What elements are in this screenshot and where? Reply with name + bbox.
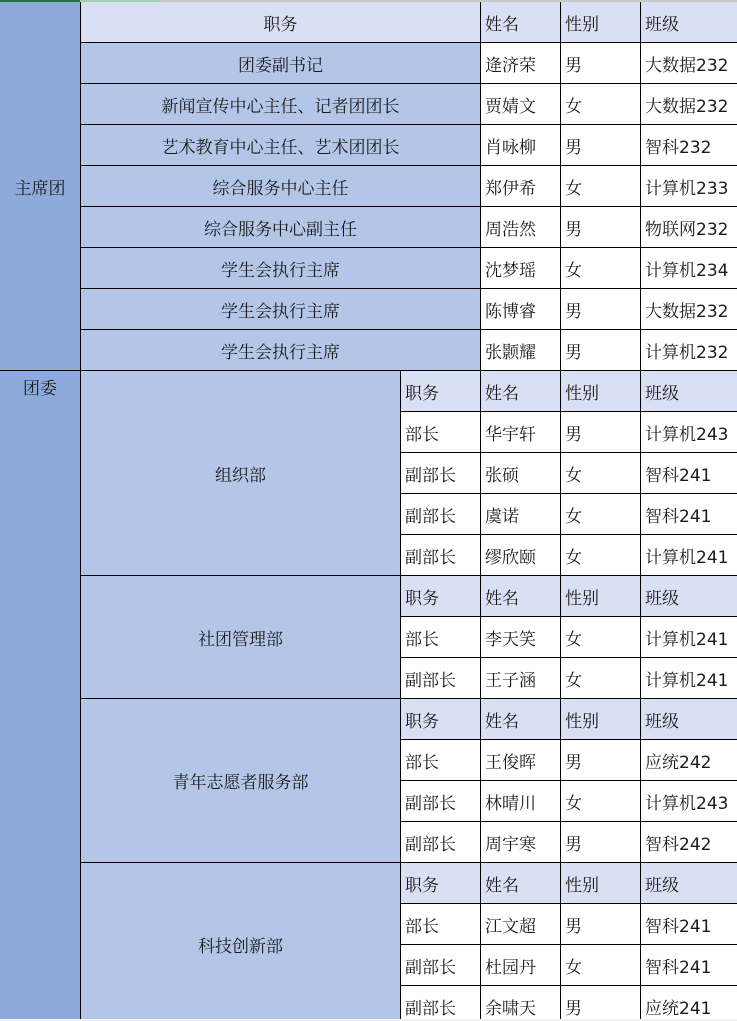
member-gender-cell-text: 女 [565, 543, 582, 568]
name-cell-text: 郑伊希 [485, 174, 536, 199]
name-cell-text: 沈梦瑶 [485, 256, 536, 281]
subheader-gender[interactable]: 性别 [560, 698, 640, 739]
gender-cell[interactable]: 女 [560, 165, 640, 206]
member-name-cell[interactable]: 余啸天 [480, 985, 560, 1021]
member-role-cell[interactable]: 副部长 [400, 452, 480, 493]
subheader-role[interactable]: 职务 [400, 862, 480, 903]
member-name-cell-text: 江文超 [485, 912, 536, 937]
class-cell-text: 计算机233 [645, 174, 728, 199]
member-gender-cell[interactable]: 女 [560, 657, 640, 698]
class-cell[interactable]: 物联网232 [640, 206, 737, 247]
subheader-role[interactable]: 职务 [400, 575, 480, 616]
header-gender-text: 性别 [565, 10, 599, 35]
group-cell-presidium[interactable]: 主席团 [0, 2, 80, 370]
subheader-role[interactable]: 职务 [400, 698, 480, 739]
name-cell-text: 逄济荣 [485, 51, 536, 76]
header-class[interactable]: 班级 [640, 2, 737, 42]
subheader-gender-text: 性别 [565, 584, 599, 609]
class-cell[interactable]: 计算机233 [640, 165, 737, 206]
class-cell-text: 大数据232 [645, 92, 728, 117]
group-cell-league[interactable]: 团委 [0, 370, 80, 1021]
subheader-class[interactable]: 班级 [640, 698, 737, 739]
member-gender-cell-text: 男 [565, 420, 582, 445]
subheader-name-text: 姓名 [485, 707, 519, 732]
header-role-text: 职务 [264, 10, 298, 35]
member-gender-cell[interactable]: 女 [560, 780, 640, 821]
member-class-cell-text: 应统241 [645, 994, 711, 1019]
member-class-cell[interactable]: 智科241 [640, 903, 737, 944]
name-cell[interactable]: 陈博睿 [480, 288, 560, 329]
subheader-gender[interactable]: 性别 [560, 862, 640, 903]
member-class-cell-text: 计算机241 [645, 543, 728, 568]
name-cell-text: 周浩然 [485, 215, 536, 240]
header-name-text: 姓名 [485, 10, 519, 35]
member-class-cell[interactable]: 智科241 [640, 944, 737, 985]
subheader-role-text: 职务 [405, 707, 439, 732]
name-cell[interactable]: 贾婧文 [480, 83, 560, 124]
member-gender-cell[interactable]: 女 [560, 534, 640, 575]
subheader-gender-text: 性别 [565, 707, 599, 732]
subheader-gender-text: 性别 [565, 871, 599, 896]
member-name-cell[interactable]: 王子涵 [480, 657, 560, 698]
member-gender-cell-text: 女 [565, 461, 582, 486]
member-role-cell-text: 副部长 [405, 953, 456, 978]
gender-cell-text: 男 [565, 215, 582, 240]
subheader-name[interactable]: 姓名 [480, 575, 560, 616]
member-gender-cell-text: 女 [565, 502, 582, 527]
member-role-cell[interactable]: 副部长 [400, 780, 480, 821]
gender-cell-text: 男 [565, 297, 582, 322]
member-class-cell[interactable]: 计算机243 [640, 780, 737, 821]
member-name-cell-text: 王俊晖 [485, 748, 536, 773]
member-role-cell-text: 部长 [405, 625, 439, 650]
member-gender-cell[interactable]: 男 [560, 739, 640, 780]
gender-cell[interactable]: 男 [560, 288, 640, 329]
name-cell[interactable]: 张颢耀 [480, 329, 560, 370]
department-cell-text: 社团管理部 [198, 625, 283, 650]
class-cell[interactable]: 大数据232 [640, 42, 737, 83]
member-class-cell-text: 应统242 [645, 748, 711, 773]
subheader-gender[interactable]: 性别 [560, 575, 640, 616]
gender-cell-text: 男 [565, 338, 582, 363]
member-role-cell[interactable]: 副部长 [400, 821, 480, 862]
gender-cell[interactable]: 女 [560, 247, 640, 288]
member-role-cell-text: 副部长 [405, 789, 456, 814]
class-cell-text: 计算机232 [645, 338, 728, 363]
name-cell[interactable]: 周浩然 [480, 206, 560, 247]
member-gender-cell-text: 女 [565, 625, 582, 650]
member-role-cell[interactable]: 副部长 [400, 493, 480, 534]
member-role-cell-text: 副部长 [405, 461, 456, 486]
class-cell[interactable]: 计算机232 [640, 329, 737, 370]
member-name-cell[interactable]: 江文超 [480, 903, 560, 944]
member-gender-cell[interactable]: 男 [560, 821, 640, 862]
member-gender-cell[interactable]: 男 [560, 903, 640, 944]
member-name-cell[interactable]: 华宇轩 [480, 411, 560, 452]
member-gender-cell-text: 男 [565, 994, 582, 1019]
class-cell-text: 智科232 [645, 133, 711, 158]
role-cell[interactable]: 学生会执行主席 [80, 329, 480, 370]
subheader-role-text: 职务 [405, 871, 439, 896]
member-class-cell-text: 计算机241 [645, 666, 728, 691]
member-name-cell-text: 余啸天 [485, 994, 536, 1019]
member-role-cell-text: 副部长 [405, 502, 456, 527]
member-class-cell[interactable]: 智科241 [640, 493, 737, 534]
subheader-class-text: 班级 [645, 379, 679, 404]
department-cell-text: 青年志愿者服务部 [173, 768, 309, 793]
role-cell-text: 学生会执行主席 [221, 297, 340, 322]
member-role-cell-text: 副部长 [405, 666, 456, 691]
role-cell[interactable]: 新闻宣传中心主任、记者团团长 [80, 83, 480, 124]
role-cell-text: 综合服务中心主任 [213, 174, 349, 199]
subheader-class-text: 班级 [645, 707, 679, 732]
member-class-cell[interactable]: 应统242 [640, 739, 737, 780]
name-cell-text: 陈博睿 [485, 297, 536, 322]
role-cell[interactable]: 综合服务中心主任 [80, 165, 480, 206]
member-role-cell-text: 部长 [405, 912, 439, 937]
role-cell[interactable]: 综合服务中心副主任 [80, 206, 480, 247]
member-role-cell-text: 副部长 [405, 994, 456, 1019]
member-role-cell-text: 部长 [405, 748, 439, 773]
role-cell-text: 综合服务中心副主任 [204, 215, 357, 240]
member-role-cell[interactable]: 部长 [400, 739, 480, 780]
member-gender-cell[interactable]: 女 [560, 493, 640, 534]
member-class-cell-text: 计算机243 [645, 420, 728, 445]
class-cell[interactable]: 计算机234 [640, 247, 737, 288]
group-cell-presidium-text: 主席团 [15, 174, 66, 199]
member-name-cell-text: 张硕 [485, 461, 519, 486]
name-cell-text: 肖咏柳 [485, 133, 536, 158]
member-name-cell[interactable]: 缪欣颐 [480, 534, 560, 575]
member-gender-cell-text: 男 [565, 830, 582, 855]
header-gender[interactable]: 性别 [560, 2, 640, 42]
member-role-cell-text: 副部长 [405, 830, 456, 855]
member-class-cell[interactable]: 计算机241 [640, 534, 737, 575]
member-role-cell-text: 部长 [405, 420, 439, 445]
gender-cell[interactable]: 男 [560, 124, 640, 165]
name-cell-text: 贾婧文 [485, 92, 536, 117]
member-class-cell[interactable]: 智科241 [640, 452, 737, 493]
member-gender-cell[interactable]: 女 [560, 616, 640, 657]
class-cell-text: 物联网232 [645, 215, 728, 240]
member-name-cell-text: 王子涵 [485, 666, 536, 691]
member-role-cell[interactable]: 副部长 [400, 534, 480, 575]
member-name-cell-text: 虞诺 [485, 502, 519, 527]
subheader-name-text: 姓名 [485, 379, 519, 404]
gender-cell-text: 女 [565, 174, 582, 199]
header-role[interactable]: 职务 [80, 2, 480, 42]
member-name-cell-text: 杜园丹 [485, 953, 536, 978]
member-name-cell[interactable]: 杜园丹 [480, 944, 560, 985]
class-cell-text: 大数据232 [645, 51, 728, 76]
member-role-cell-text: 副部长 [405, 543, 456, 568]
member-class-cell[interactable]: 计算机243 [640, 411, 737, 452]
subheader-role-text: 职务 [405, 584, 439, 609]
department-cell[interactable]: 科技创新部 [80, 862, 400, 1021]
member-name-cell-text: 缪欣颐 [485, 543, 536, 568]
member-name-cell-text: 华宇轩 [485, 420, 536, 445]
department-cell[interactable]: 青年志愿者服务部 [80, 698, 400, 862]
member-gender-cell-text: 女 [565, 666, 582, 691]
member-class-cell-text: 计算机241 [645, 625, 728, 650]
subheader-class-text: 班级 [645, 584, 679, 609]
member-role-cell[interactable]: 部长 [400, 411, 480, 452]
subheader-name-text: 姓名 [485, 584, 519, 609]
gender-cell-text: 男 [565, 51, 582, 76]
member-gender-cell[interactable]: 男 [560, 985, 640, 1021]
subheader-class[interactable]: 班级 [640, 862, 737, 903]
role-cell[interactable]: 学生会执行主席 [80, 288, 480, 329]
member-class-cell-text: 智科241 [645, 953, 711, 978]
member-gender-cell-text: 女 [565, 789, 582, 814]
subheader-name[interactable]: 姓名 [480, 698, 560, 739]
subheader-gender[interactable]: 性别 [560, 370, 640, 411]
group-cell-league-text: 团委 [23, 374, 57, 399]
member-name-cell[interactable]: 王俊晖 [480, 739, 560, 780]
member-role-cell[interactable]: 部长 [400, 903, 480, 944]
department-cell-text: 组织部 [215, 461, 266, 486]
header-name[interactable]: 姓名 [480, 2, 560, 42]
role-cell-text: 学生会执行主席 [221, 338, 340, 363]
member-gender-cell-text: 男 [565, 912, 582, 937]
role-cell[interactable]: 艺术教育中心主任、艺术团团长 [80, 124, 480, 165]
department-cell[interactable]: 社团管理部 [80, 575, 400, 698]
department-cell[interactable]: 组织部 [80, 370, 400, 575]
member-class-cell-text: 智科241 [645, 461, 711, 486]
member-gender-cell-text: 女 [565, 953, 582, 978]
member-name-cell[interactable]: 李天笑 [480, 616, 560, 657]
subheader-name[interactable]: 姓名 [480, 862, 560, 903]
gender-cell-text: 女 [565, 92, 582, 117]
name-cell[interactable]: 郑伊希 [480, 165, 560, 206]
gender-cell[interactable]: 男 [560, 329, 640, 370]
member-name-cell[interactable]: 林晴川 [480, 780, 560, 821]
member-role-cell[interactable]: 副部长 [400, 944, 480, 985]
member-role-cell[interactable]: 部长 [400, 616, 480, 657]
class-cell[interactable]: 大数据232 [640, 288, 737, 329]
member-name-cell-text: 周宇寒 [485, 830, 536, 855]
subheader-class[interactable]: 班级 [640, 370, 737, 411]
member-role-cell[interactable]: 副部长 [400, 985, 480, 1021]
member-gender-cell[interactable]: 男 [560, 411, 640, 452]
member-name-cell-text: 李天笑 [485, 625, 536, 650]
header-class-text: 班级 [645, 10, 679, 35]
member-class-cell-text: 智科241 [645, 912, 711, 937]
member-class-cell[interactable]: 计算机241 [640, 657, 737, 698]
gender-cell-text: 女 [565, 256, 582, 281]
subheader-class-text: 班级 [645, 871, 679, 896]
role-cell-text: 新闻宣传中心主任、记者团团长 [162, 92, 400, 117]
member-role-cell[interactable]: 副部长 [400, 657, 480, 698]
gender-cell-text: 男 [565, 133, 582, 158]
name-cell[interactable]: 沈梦瑶 [480, 247, 560, 288]
member-name-cell[interactable]: 虞诺 [480, 493, 560, 534]
member-gender-cell[interactable]: 女 [560, 452, 640, 493]
gender-cell[interactable]: 男 [560, 206, 640, 247]
subheader-class[interactable]: 班级 [640, 575, 737, 616]
member-class-cell[interactable]: 应统241 [640, 985, 737, 1021]
name-cell[interactable]: 肖咏柳 [480, 124, 560, 165]
member-class-cell[interactable]: 智科242 [640, 821, 737, 862]
class-cell[interactable]: 大数据232 [640, 83, 737, 124]
member-class-cell[interactable]: 计算机241 [640, 616, 737, 657]
subheader-role[interactable]: 职务 [400, 370, 480, 411]
member-gender-cell-text: 男 [565, 748, 582, 773]
gender-cell[interactable]: 女 [560, 83, 640, 124]
class-cell-text: 大数据232 [645, 297, 728, 322]
role-cell-text: 学生会执行主席 [221, 256, 340, 281]
subheader-name[interactable]: 姓名 [480, 370, 560, 411]
role-cell[interactable]: 团委副书记 [80, 42, 480, 83]
subheader-name-text: 姓名 [485, 871, 519, 896]
department-cell-text: 科技创新部 [198, 932, 283, 957]
role-cell-text: 团委副书记 [238, 51, 323, 76]
role-cell[interactable]: 学生会执行主席 [80, 247, 480, 288]
class-cell-text: 计算机234 [645, 256, 728, 281]
subheader-role-text: 职务 [405, 379, 439, 404]
member-name-cell[interactable]: 张硕 [480, 452, 560, 493]
member-gender-cell[interactable]: 女 [560, 944, 640, 985]
name-cell-text: 张颢耀 [485, 338, 536, 363]
role-cell-text: 艺术教育中心主任、艺术团团长 [162, 133, 400, 158]
gender-cell[interactable]: 男 [560, 42, 640, 83]
member-class-cell-text: 智科242 [645, 830, 711, 855]
class-cell[interactable]: 智科232 [640, 124, 737, 165]
member-name-cell-text: 林晴川 [485, 789, 536, 814]
subheader-gender-text: 性别 [565, 379, 599, 404]
member-class-cell-text: 计算机243 [645, 789, 728, 814]
member-name-cell[interactable]: 周宇寒 [480, 821, 560, 862]
member-class-cell-text: 智科241 [645, 502, 711, 527]
name-cell[interactable]: 逄济荣 [480, 42, 560, 83]
